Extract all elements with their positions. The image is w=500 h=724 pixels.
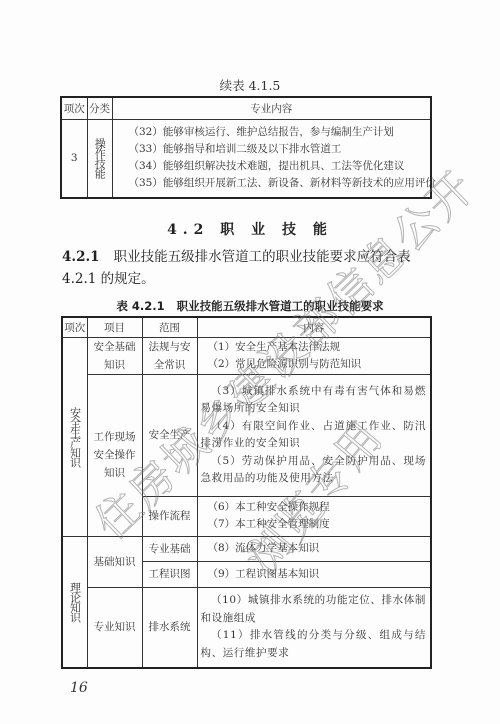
header-content: 内容 [197,317,431,337]
content-item: （5）劳动保护用品、安全防护用品、现场急救用品的功能及使用方法 [201,453,427,488]
row-scope: 专业基础 [143,540,197,558]
row-content: （9）工程识图基本知识 [197,561,431,587]
row-content: （3）城镇排水系统中有毒有害气体和易燃易爆场所的安全知识 （4）有限空间作业、占… [197,374,431,496]
row-content: （6）本工种安全操作规程 （7）本工种安全管理制度 [197,496,431,536]
content-item: （1）安全生产基本法律法规 [208,339,425,356]
content-item: （35）能够组织开展新工法、新设备、新材料等新技术的应用评价 [129,175,425,192]
row-scope: 操作流程 [143,507,197,525]
table-row: 3 操作技能 （32）能够审核运行、维护总结报告，参与编制生产计划 （33）能够… [61,119,431,198]
continued-table-caption: 续表 4.1.5 [0,76,500,94]
content-item: （4）有限空间作业、占道施工作业、防汛排涝作业的安全知识 [201,418,427,453]
content-item: （34）能够组织解决技术难题，提出机具、工法等优化建议 [129,158,425,175]
row-item: 工作现场安全操作知识 [92,428,138,482]
continued-table: 项次 分类 专业内容 3 操作技能 （32）能够审核运行、维护总结报告，参与编制… [60,96,432,199]
content-item: （9）工程识图基本知识 [208,566,425,583]
header-item: 项目 [87,317,142,337]
table-row: 工作现场安全操作知识 安全生产 （3）城镇排水系统中有毒有害气体和易燃易爆场所的… [62,374,431,496]
group-category: 安全生产知识 [69,407,81,467]
content-item: （10）城镇排水系统的功能定位、排水体制和设施组成 [201,592,427,627]
skills-table-caption: 表 4.2.1职业技能五级排水管道工的职业技能要求 [0,298,500,314]
header-index: 项次 [61,97,87,119]
clause-text: 职业技能五级排水管道工的职业技能要求应符合表 4.2.1 的规定。 [62,249,411,287]
row-scope: 工程识图 [143,565,197,583]
page-number: 16 [70,680,88,696]
content-item: （3）城镇排水系统中有毒有害气体和易燃易爆场所的安全知识 [201,383,427,418]
row-item: 安全基础知识 [94,338,136,374]
row-scope: 排水系统 [143,618,197,636]
content-item: （33）能够指导和培训二级及以下排水管道工 [129,141,425,158]
header-category: 分类 [87,97,112,119]
content-item: （2）常见危险源识别与防范知识 [208,356,425,373]
content-item: （6）本工种安全操作规程 [208,499,425,516]
skills-table: 项次 项目 范围 内容 安全生产知识 安全基础知识 法规与安全常识 （1）安全生… [61,316,432,669]
skills-table-number: 表 4.2.1 [116,299,164,313]
clause-paragraph: 4.2.1职业技能五级排水管道工的职业技能要求应符合表 4.2.1 的规定。 [62,246,434,290]
content-item: （8）流体力学基本知识 [208,540,425,557]
row-content: （8）流体力学基本知识 [197,536,431,561]
row-item: 专业知识 [88,618,142,636]
row-item: 基础知识 [88,553,142,571]
header-scope: 范围 [142,317,197,337]
skills-table-title: 职业技能五级排水管道工的职业技能要求 [177,299,384,313]
row-content: （32）能够审核运行、维护总结报告，参与编制生产计划 （33）能够指导和培训二级… [112,119,431,198]
row-content: （10）城镇排水系统的功能定位、排水体制和设施组成 （11）排水管线的分类与分级… [197,587,431,668]
section-title: 4.2 职 业 技 能 [0,219,500,239]
header-index: 项次 [62,317,87,337]
table-row: 安全生产知识 安全基础知识 法规与安全常识 （1）安全生产基本法律法规 （2）常… [62,337,431,374]
table-row: 理论知识 基础知识 专业基础 （8）流体力学基本知识 [62,536,431,561]
content-item: （11）排水管线的分类与分级、组成与结构、运行维护要求 [201,627,427,662]
table-header-row: 项次 分类 专业内容 [61,97,431,119]
row-content: （1）安全生产基本法律法规 （2）常见危险源识别与防范知识 [197,337,431,374]
table-row: 专业知识 排水系统 （10）城镇排水系统的功能定位、排水体制和设施组成 （11）… [62,587,431,668]
content-item: （7）本工种安全管理制度 [208,516,425,533]
row-scope: 安全生产 [143,426,197,444]
row-category: 操作技能 [94,138,106,178]
header-content: 专业内容 [112,97,431,119]
row-scope: 法规与安全常识 [147,338,193,374]
table-header-row: 项次 项目 范围 内容 [62,317,431,337]
group-category: 理论知识 [69,582,81,622]
row-index: 3 [61,119,87,198]
clause-number: 4.2.1 [62,249,100,265]
content-item: （32）能够审核运行、维护总结报告，参与编制生产计划 [129,124,425,141]
